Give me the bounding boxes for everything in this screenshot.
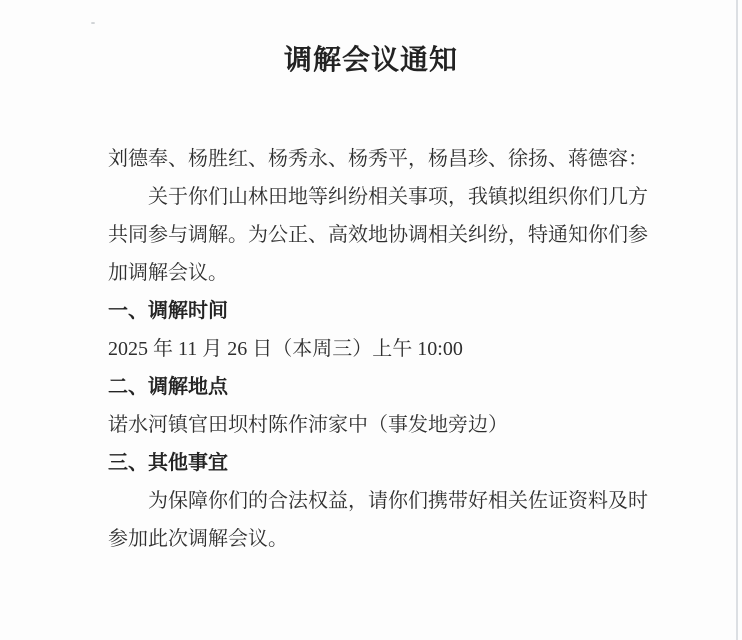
intro-paragraph: 关于你们山林田地等纠纷相关事项，我镇拟组织你们几方共同参与调解。为公正、高效地协… xyxy=(108,178,648,292)
meeting-time-value: 2025 年 11 月 26 日（本周三）上午 10:00 xyxy=(108,330,648,368)
document-body: 刘德奉、杨胜红、杨秀永、杨秀平，杨昌珍、徐扬、蒋德容： 关于你们山林田地等纠纷相… xyxy=(108,140,648,558)
scan-edge-line xyxy=(736,0,738,640)
scan-speck xyxy=(91,22,95,24)
notice-document: 调解会议通知 刘德奉、杨胜红、杨秀永、杨秀平，杨昌珍、徐扬、蒋德容： 关于你们山… xyxy=(0,0,742,640)
section-3-heading-other-matters: 三、其他事宜 xyxy=(108,444,648,482)
section-1-heading-meeting-time: 一、调解时间 xyxy=(108,292,648,330)
section-2-heading-meeting-location: 二、调解地点 xyxy=(108,368,648,406)
document-title: 调解会议通知 xyxy=(0,0,742,78)
other-matters-paragraph: 为保障你们的合法权益，请你们携带好相关佐证资料及时参加此次调解会议。 xyxy=(108,482,648,558)
meeting-location-value: 诺水河镇官田坝村陈作沛家中（事发地旁边） xyxy=(108,406,648,444)
recipients-line: 刘德奉、杨胜红、杨秀永、杨秀平，杨昌珍、徐扬、蒋德容： xyxy=(108,140,648,178)
